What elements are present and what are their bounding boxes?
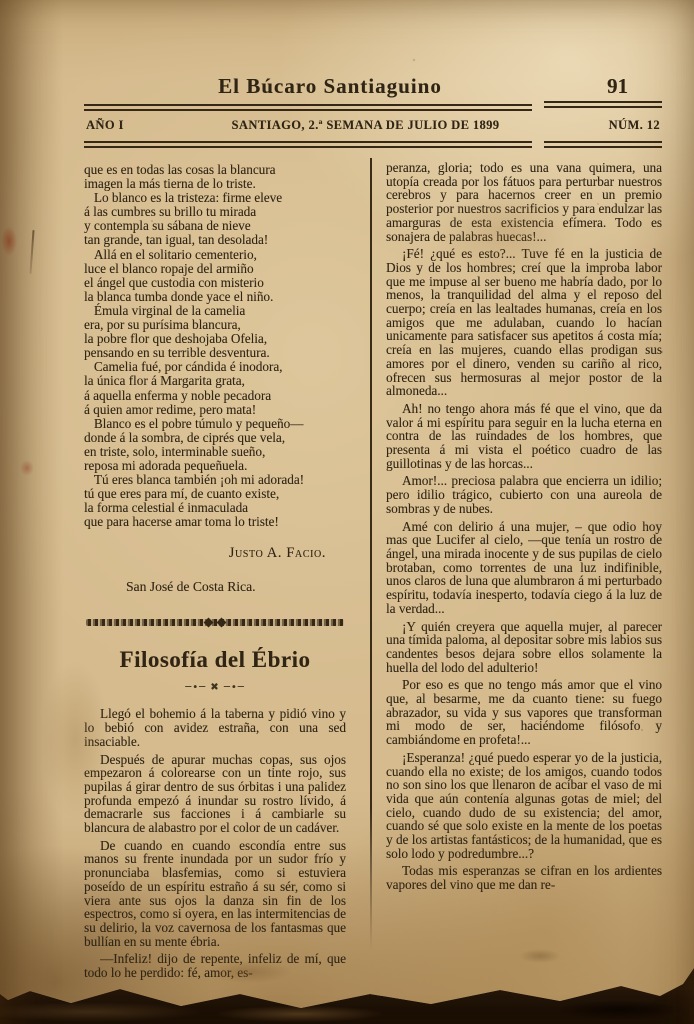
poem-line: Lo blanco es la tristeza: firme eleve — [84, 191, 346, 205]
poem-line: tú que eres para mí, de cuanto existe, — [84, 487, 346, 501]
issue-row: AÑO I SANTIAGO, 2.ª SEMANA DE JULIO DE 1… — [84, 111, 662, 136]
stain — [20, 460, 34, 476]
poem-line: en triste, solo, interminable sueño, — [84, 445, 346, 459]
article-paragraph: Amé con delirio á una mujer, – que odio … — [386, 520, 662, 616]
article-paragraph: Después de apurar muchas copas, sus ojos… — [84, 753, 346, 835]
poem: que es en todas las cosas la blancuraima… — [84, 163, 346, 529]
poem-line: era, por su purísima blancura, — [84, 318, 346, 332]
paper-crease — [29, 230, 34, 274]
poem-line: y contempla su sábana de nieve — [84, 219, 346, 233]
poem-line: á las cumbres su brillo tu mirada — [84, 205, 346, 219]
article-paragraph: Amor!... preciosa palabra que encierra u… — [386, 474, 662, 515]
column-divider-rule — [370, 158, 372, 950]
poem-line: la pobre flor que deshojaba Ofelia, — [84, 332, 346, 346]
poem-line: Tú eres blanca también ¡oh mi adorada! — [84, 473, 346, 487]
masthead-top-rule — [84, 104, 662, 111]
rule-segment — [84, 141, 532, 148]
rule-segment — [544, 101, 662, 108]
poem-line: tan grande, tan igual, tan desolada! — [84, 233, 346, 247]
article-paragraph: ¡Y quién creyera que aquella mujer, al p… — [386, 620, 662, 675]
poem-line: Camelia fué, por cándida é inodora, — [84, 360, 346, 374]
poem-line: Allá en el solitario cementerio, — [84, 248, 346, 262]
poem-line: la única flor á Margarita grata, — [84, 374, 346, 388]
poem-author-signature: Justo A. Facio. — [84, 545, 326, 562]
article-paragraph: Por eso es que no tengo más amor que el … — [386, 678, 662, 747]
stain — [1, 226, 17, 256]
poem-place-line: San José de Costa Rica. — [126, 579, 346, 595]
poem-line: pensando en su terrible desventura. — [84, 346, 346, 360]
poem-line: luce el blanco ropaje del armiño — [84, 262, 346, 276]
left-column: que es en todas las cosas la blancuraima… — [84, 163, 346, 984]
newspaper-page: El Búcaro Santiaguino 91 AÑO I SANTIAGO,… — [0, 0, 694, 1012]
poem-line: donde á la sombra, de ciprés que vela, — [84, 431, 346, 445]
poem-line: el ángel que custodia con misterio — [84, 276, 346, 290]
newspaper-page-photo: El Búcaro Santiaguino 91 AÑO I SANTIAGO,… — [0, 0, 694, 1024]
poem-line: á aquella enferma y noble pecadora — [84, 389, 346, 403]
masthead-bottom-rule — [84, 141, 662, 148]
article-paragraph: ¡Fé! ¿qué es esto?... Tuve fé en la just… — [386, 247, 662, 398]
article-paragraph-continuation: peranza, gloria; todo es una vana quimer… — [386, 161, 662, 243]
year-label: AÑO I — [86, 118, 166, 133]
article-body-right: ¡Fé! ¿qué es esto?... Tuve fé en la just… — [386, 247, 662, 892]
poem-line: que es en todas las cosas la blancura — [84, 163, 346, 177]
poem-line: Émula virginal de la camelia — [84, 304, 346, 318]
poem-line: la blanca tumba donde yace el niño. — [84, 290, 346, 304]
rule-segment — [84, 104, 532, 111]
article-paragraph: Llegó el bohemio á la taberna y pidió vi… — [84, 707, 346, 748]
poem-line: á quien amor redime, pero mata! — [84, 403, 346, 417]
right-column: peranza, gloria; todo es una vana quimer… — [386, 161, 662, 896]
article-paragraph: Todas mis esperanzas se cifran en los ar… — [386, 864, 662, 891]
masthead: El Búcaro Santiaguino 91 AÑO I SANTIAGO,… — [84, 74, 662, 148]
rule-segment — [544, 141, 662, 148]
article-title: Filosofía del Ébrio — [84, 647, 346, 673]
poem-line: la forma celestial é inmaculada — [84, 501, 346, 515]
article-paragraph: Ah! no tengo ahora más fé que el vino, q… — [386, 402, 662, 471]
article-body-left: Llegó el bohemio á la taberna y pidió vi… — [84, 707, 346, 979]
poem-line: que para hacerse amar toma lo triste! — [84, 515, 346, 529]
article-paragraph: De cuando en cuando escondía entre sus m… — [84, 839, 346, 949]
page-number: 91 — [607, 74, 628, 99]
issue-number: NÚM. 12 — [565, 118, 660, 133]
section-divider-ornament — [86, 619, 344, 626]
article-paragraph: ¡Esperanza! ¿qué puedo esperar yo de la … — [386, 751, 662, 861]
poem-line: imagen la más tierna de lo triste. — [84, 177, 346, 191]
article-paragraph: —Infeliz! dijo de repente, infeliz de mí… — [84, 952, 346, 979]
poem-line: reposa mi adorada pequeñuela. — [84, 459, 346, 473]
dateline: SANTIAGO, 2.ª SEMANA DE JULIO DE 1899 — [166, 118, 565, 133]
newspaper-title: El Búcaro Santiaguino — [84, 74, 662, 99]
title-ornament: ─•─ ✖ ─•─ — [84, 682, 346, 693]
poem-line: Blanco es el pobre túmulo y pequeño— — [84, 417, 346, 431]
